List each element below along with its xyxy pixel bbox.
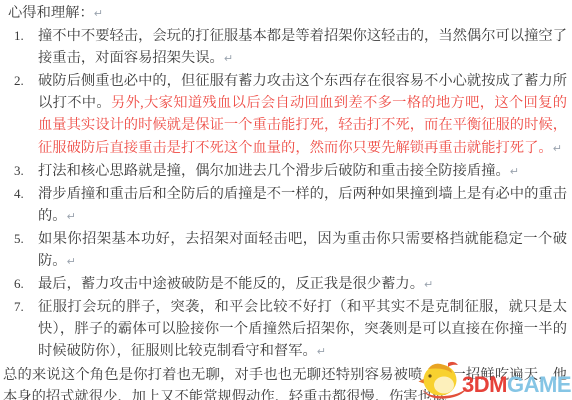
paragraph-mark: ↵ [424, 278, 433, 291]
section-title: 心得和理解：↵ [8, 2, 567, 25]
list-number: 2. [14, 70, 38, 159]
paragraph-mark: ↵ [67, 255, 76, 268]
summary-text: 总的来说这个角色是你打着也无聊，对手也也无聊还特别容易被喷，就一招鲜吃遍天，他本… [3, 367, 567, 400]
list-number: 6. [14, 273, 38, 296]
list-number: 1. [14, 25, 38, 70]
list-item: 7. 征服打会玩的胖子，突袭，和平会比较不好打（和平其实不是克制征服，就只是太快… [8, 296, 567, 363]
list-number: 3. [14, 160, 38, 183]
list-item: 5. 如果你招架基本功好，去招架对面轻击吧，因为重击你只需要格挡就能稳定一个破防… [8, 228, 567, 273]
list-item-text: 滑步盾撞和重击后和全防后的盾撞是不一样的，后两种如果撞到墙上是有必中的重击的。↵ [38, 183, 567, 228]
list-item-text: 撞不中不要轻击，会玩的打征服基本都是等着招架你这轻击的，当然偶尔可以撞空了接重击… [38, 25, 567, 70]
paragraph-mark: ↵ [224, 52, 233, 65]
title-text: 心得和理解： [8, 5, 94, 21]
list-item: 6. 最后，蓄力攻击中途被破防是不能反的，反正我是很少蓄力。↵ [8, 273, 567, 296]
list-number: 5. [14, 228, 38, 273]
list-item: 1. 撞不中不要轻击，会玩的打征服基本都是等着招架你这轻击的，当然偶尔可以撞空了… [8, 25, 567, 70]
list-number: 4. [14, 183, 38, 228]
paragraph-mark: ↵ [94, 7, 103, 20]
highlighted-red-text: 另外,大家知道残血以后会自动回血到差不多一格的地方吧，这个回复的血量其实设计的时… [38, 95, 567, 155]
paragraph-mark: ↵ [67, 210, 76, 223]
list-item-text: 破防后侧重也必中的，但征服有蓄力攻击这个东西存在很容易不小心就按成了蓄力所以打不… [38, 70, 567, 159]
numbered-list: 1. 撞不中不要轻击，会玩的打征服基本都是等着招架你这轻击的，当然偶尔可以撞空了… [8, 25, 567, 363]
paragraph-mark: ↵ [553, 142, 562, 155]
list-item-text: 最后，蓄力攻击中途被破防是不能反的，反正我是很少蓄力。↵ [38, 273, 567, 296]
list-item-text: 打法和核心思路就是撞，偶尔加进去几个滑步后破防和重击接全防接盾撞。↵ [38, 160, 567, 183]
paragraph-mark: ↵ [510, 165, 519, 178]
document-page: 心得和理解：↵ 1. 撞不中不要轻击，会玩的打征服基本都是等着招架你这轻击的，当… [0, 0, 572, 400]
list-item: 3. 打法和核心思路就是撞，偶尔加进去几个滑步后破防和重击接全防接盾撞。↵ [8, 160, 567, 183]
list-item-text: 征服打会玩的胖子，突袭，和平会比较不好打（和平其实不是克制征服，就只是太快），胖… [38, 296, 567, 363]
list-number: 7. [14, 296, 38, 363]
paragraph-mark: ↵ [317, 345, 326, 358]
list-item-text: 如果你招架基本功好，去招架对面轻击吧，因为重击你只需要格挡就能稳定一个破防。↵ [38, 228, 567, 273]
list-item: 2. 破防后侧重也必中的，但征服有蓄力攻击这个东西存在很容易不小心就按成了蓄力所… [8, 70, 567, 159]
summary-paragraph: 总的来说这个角色是你打着也无聊，对手也也无聊还特别容易被喷，就一招鲜吃遍天，他本… [3, 364, 567, 400]
list-item: 4. 滑步盾撞和重击后和全防后的盾撞是不一样的，后两种如果撞到墙上是有必中的重击… [8, 183, 567, 228]
